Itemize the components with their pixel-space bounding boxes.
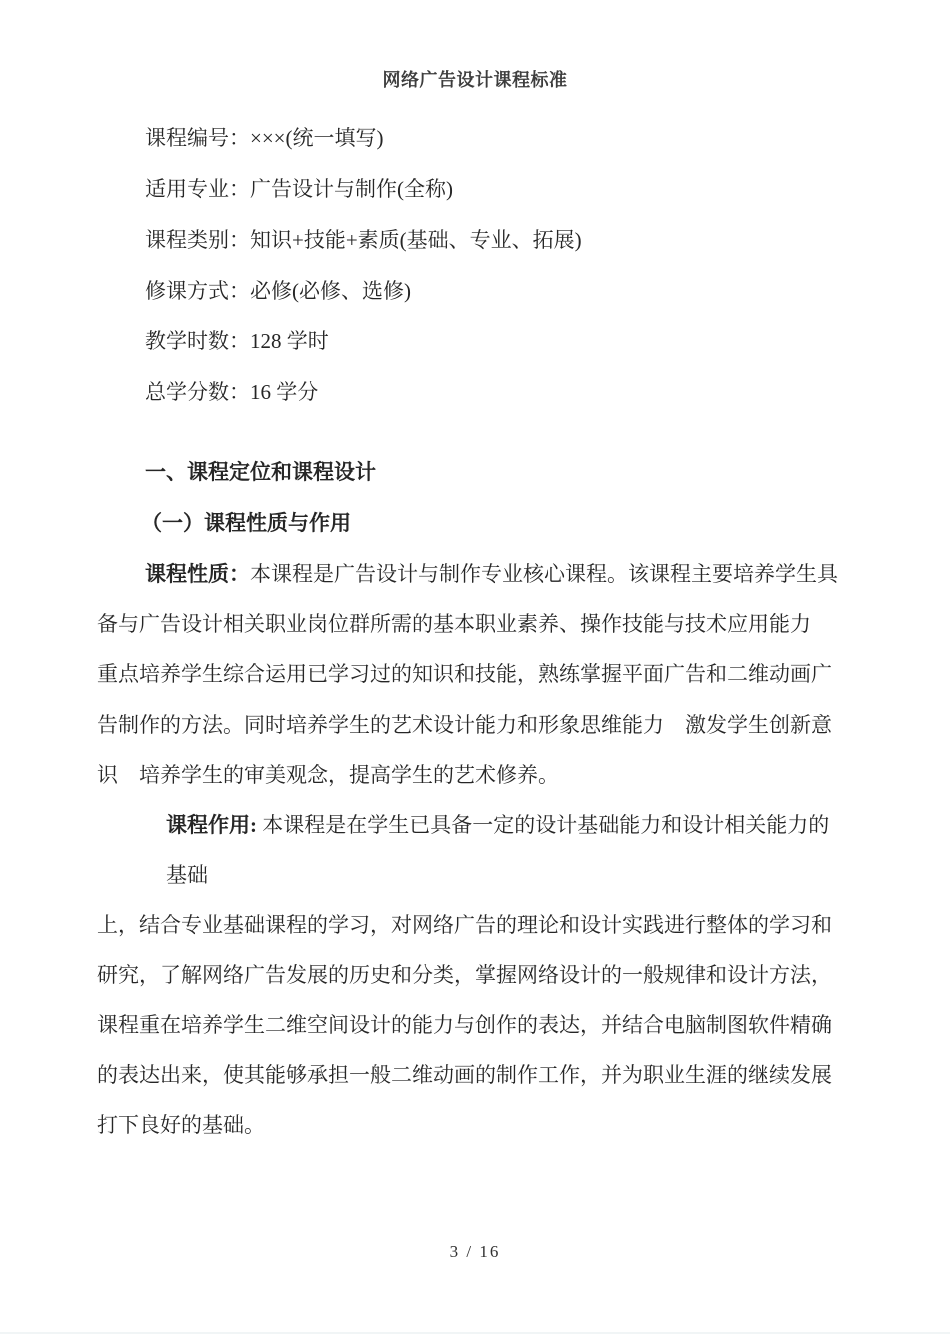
teaching-hours-line: 教学时数：128 学时: [145, 328, 329, 354]
role-paragraph-line-2: 基础: [166, 862, 208, 888]
course-category-line: 课程类别：知识+技能+素质(基础、专业、拓展): [145, 227, 582, 253]
page-bottom-divider: [0, 1332, 950, 1334]
nature-paragraph-line-5: 识 培养学生的审美观念，提高学生的艺术修养。: [97, 762, 559, 788]
sub-section-heading: （一）课程性质与作用: [141, 510, 351, 536]
role-line-1-text: 本课程是在学生已具备一定的设计基础能力和设计相关能力的: [257, 813, 829, 837]
continuation-line-3: 课程重在培养学生二维空间设计的能力与创作的表达，并结合电脑制图软件精确: [97, 1012, 832, 1038]
section-heading: 一、课程定位和课程设计: [145, 459, 376, 485]
course-mode-line: 修课方式：必修(必修、选修): [145, 278, 411, 304]
continuation-line-2: 研究，了解网络广告发展的历史和分类，掌握网络设计的一般规律和设计方法，: [97, 962, 832, 988]
continuation-line-4: 的表达出来，使其能够承担一般二维动画的制作工作，并为职业生涯的继续发展: [97, 1062, 832, 1088]
course-number-line: 课程编号：×××(统一填写): [145, 125, 384, 151]
nature-paragraph-line-2: 备与广告设计相关职业岗位群所需的基本职业素养、操作技能与技术应用能力: [97, 611, 811, 637]
continuation-line-1: 上，结合专业基础课程的学习，对网络广告的理论和设计实践进行整体的学习和: [97, 912, 832, 938]
document-title: 网络广告设计课程标准: [0, 66, 950, 92]
nature-paragraph-line-3: 重点培养学生综合运用已学习过的知识和技能，熟练掌握平面广告和二维动画广: [97, 661, 832, 687]
continuation-line-5: 打下良好的基础。: [97, 1112, 265, 1138]
nature-line-1-text: 本课程是广告设计与制作专业核心课程。该课程主要培养学生具: [250, 562, 838, 586]
role-lead-label: 课程作用:: [166, 813, 257, 837]
nature-paragraph-line-4: 告制作的方法。同时培养学生的艺术设计能力和形象思维能力 激发学生创新意: [97, 712, 832, 738]
role-paragraph-line-1: 课程作用: 本课程是在学生已具备一定的设计基础能力和设计相关能力的: [166, 812, 829, 838]
nature-lead-label: 课程性质：: [145, 562, 250, 586]
total-credits-line: 总学分数：16 学分: [145, 379, 318, 405]
applicable-major-line: 适用专业：广告设计与制作(全称): [145, 176, 453, 202]
page-number-indicator: 3 / 16: [0, 1242, 950, 1262]
nature-paragraph-line-1: 课程性质：本课程是广告设计与制作专业核心课程。该课程主要培养学生具: [145, 561, 838, 587]
document-page: 网络广告设计课程标准 课程编号：×××(统一填写) 适用专业：广告设计与制作(全…: [0, 0, 950, 1341]
